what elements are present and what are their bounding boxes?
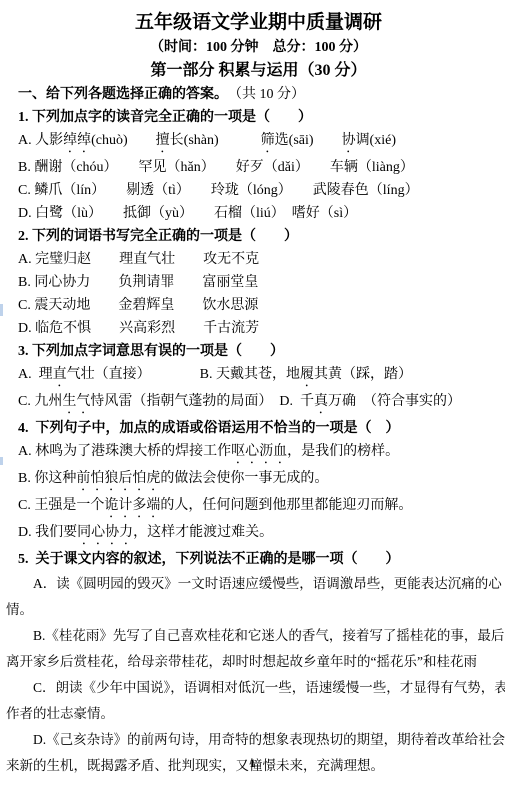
q4-option-b: B. 你这种前怕狼后怕虎的做法会使你一事无成的。 <box>18 467 499 494</box>
exam-page: 五年级语文学业期中质量调研 （时间：100 分钟 总分：100 分） 第一部分 … <box>0 0 505 785</box>
q3-stem: 3. 下列加点字词意思有误的一项是（ ） <box>18 340 499 363</box>
q4-stem: 4. 下列句子中，加点的成语或俗语运用不恰当的一项是（ ） <box>18 417 499 440</box>
q5-option-b-line1: B.《桂花雨》先写了自己喜欢桂花和它迷人的香气，接着写了摇桂花的事，最后写 <box>6 623 499 649</box>
q4-option-d: D. 我们要同心协力，这样才能渡过难关。 <box>18 521 499 548</box>
q5-option-d-line1: D.《己亥杂诗》的前两句诗，用奇特的想象表现热切的期望，期待着改革给社会带 <box>6 727 499 753</box>
q1-option-a: A. 人影绰绰(chuò) 擅长(shàn) 筛选(sāi) 协调(xié) <box>18 129 499 156</box>
q3-options-cd: C. 九州生气恃风雷（指朝气蓬勃的局面） D. 千真万确 （符合事实的） <box>18 390 499 417</box>
section-heading: 一、给下列各题选择正确的答案。 （共 10 分） <box>18 83 499 106</box>
section-heading-label: 一、给下列各题选择正确的答案。 <box>18 87 221 102</box>
q1-option-d: D. 白鹭（lù） 抵御（yù） 石榴（liú） 嗜好（sì） <box>18 202 499 225</box>
q2-option-b: B. 同心协力 负荆请罪 富丽堂皇 <box>18 271 499 294</box>
q5-option-c-line1: C．朗读《少年中国说》，语调相对低沉一些，语速缓慢一些，才显得有气势，表达 <box>6 675 499 701</box>
q2-stem: 2. 下列的词语书写完全正确的一项是（ ） <box>18 225 499 248</box>
scan-artifact <box>0 457 3 465</box>
section-points: （共 10 分） <box>221 87 305 102</box>
scan-artifact <box>0 304 3 316</box>
q5-option-b-line2: 离开家乡后赏桂花，给母亲带桂花，却时时想起故乡童年时的“摇花乐”和桂花雨 <box>6 649 499 675</box>
q1-option-c: C. 鳞爪（lín） 剔透（tì） 玲珑（lóng） 武陵春色（líng） <box>18 179 499 202</box>
q3-options-ab: A. 理直气壮（直接） B. 天戴其苍，地履其黄（踩，踏） <box>18 363 499 390</box>
q2-option-d: D. 临危不惧 兴高彩烈 千古流芳 <box>18 317 499 340</box>
part-heading: 第一部分 积累与运用（30 分） <box>18 59 499 83</box>
exam-title: 五年级语文学业期中质量调研 <box>18 10 499 36</box>
q1-stem: 1. 下列加点字的读音完全正确的一项是（ ） <box>18 106 499 129</box>
q5-option-c-line2: 作者的壮志豪情。 <box>6 701 499 727</box>
q1-option-b: B. 酬谢（chóu） 罕见（hǎn） 好歹（dǎi） 车辆（liàng） <box>18 156 499 179</box>
q4-option-c: C. 王强是一个诡计多端的人，任何问题到他那里都能迎刃而解。 <box>18 494 499 521</box>
exam-meta: （时间：100 分钟 总分：100 分） <box>18 36 499 59</box>
q2-option-a: A. 完璧归赵 理直气壮 攻无不克 <box>18 248 499 271</box>
q5-option-a-line2: 情。 <box>6 597 499 623</box>
q4-option-a: A. 林鸣为了港珠澳大桥的焊接工作呕心沥血，是我们的榜样。 <box>18 440 499 467</box>
q2-option-c: C. 震天动地 金碧辉皇 饮水思源 <box>18 294 499 317</box>
q5-stem: 5. 关于课文内容的叙述，下列说法不正确的是哪一项（ ） <box>18 548 499 571</box>
q5-option-a-line1: A．读《圆明园的毁灭》一文时语速应缓慢些，语调激昂些，更能表达沉痛的心 <box>6 571 499 597</box>
exam-content: 五年级语文学业期中质量调研 （时间：100 分钟 总分：100 分） 第一部分 … <box>0 0 505 779</box>
page-number: 1 <box>0 756 505 771</box>
